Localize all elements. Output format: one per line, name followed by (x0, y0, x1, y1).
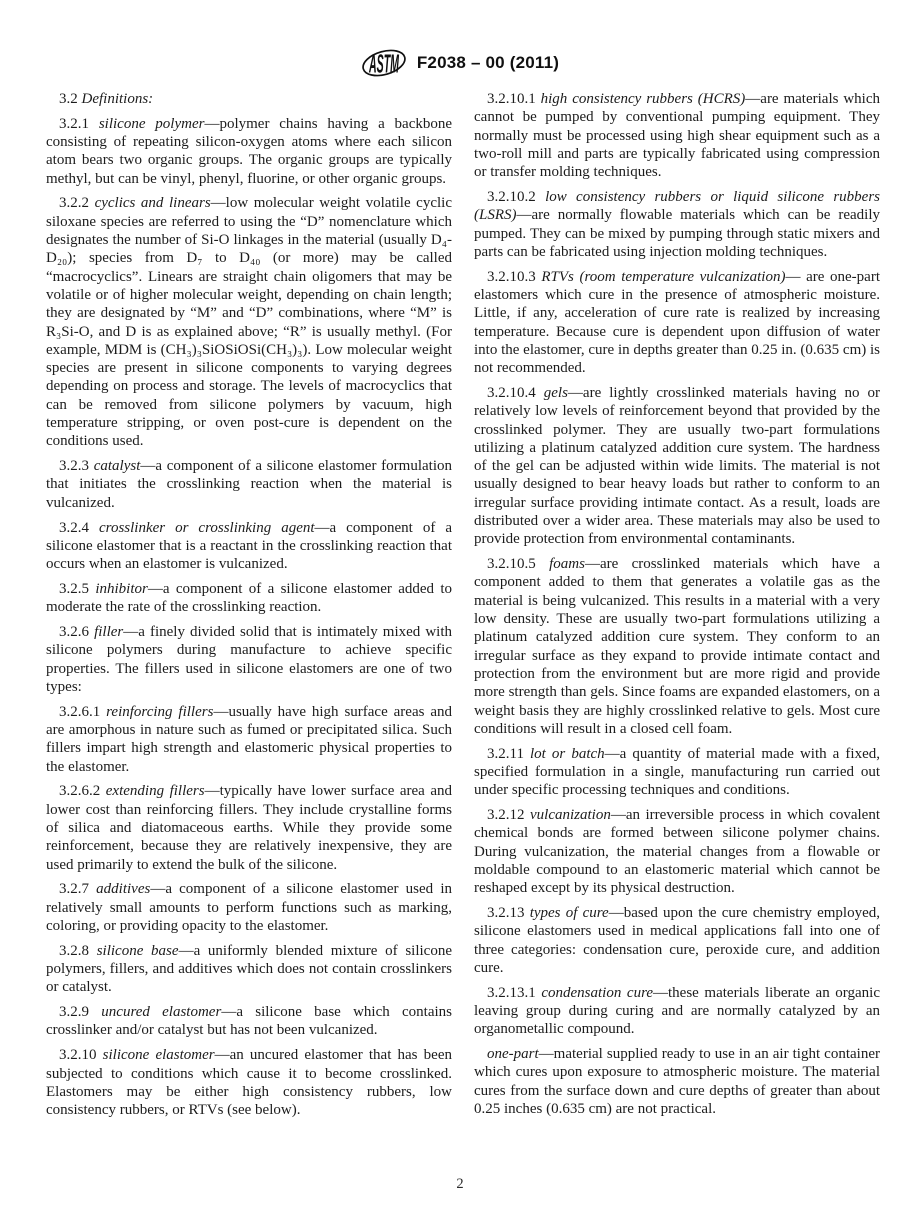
definition-text: —are crosslinked materials which have a … (474, 556, 880, 737)
defined-term: types of cure (530, 905, 609, 921)
section-number: 3.2 (59, 91, 82, 107)
definition-paragraph: 3.2.12 vulcanization—an irreversible pro… (474, 806, 880, 897)
page-footer: 2 (0, 1176, 920, 1193)
defined-term: high consistency rubbers (HCRS) (541, 91, 746, 107)
definition-paragraph: one-part—material supplied ready to use … (474, 1045, 880, 1118)
definition-paragraph: 3.2.13 types of cure—based upon the cure… (474, 904, 880, 977)
defined-term: additives (96, 881, 150, 897)
definition-paragraph: 3.2.10.3 RTVs (room temperature vulcaniz… (474, 268, 880, 378)
section-number: 3.2.3 (59, 458, 94, 474)
section-number: 3.2.4 (59, 520, 99, 536)
section-number: 3.2.10.5 (487, 556, 549, 572)
definition-paragraph: 3.2.8 silicone base—a uniformly blended … (46, 942, 452, 997)
definition-paragraph: 3.2.5 inhibitor—a component of a silicon… (46, 580, 452, 617)
astm-logo-icon: ASTM (361, 42, 407, 84)
definition-paragraph: 3.2.10.2 low consistency rubbers or liqu… (474, 188, 880, 261)
section-number: 3.2.6 (59, 624, 94, 640)
defined-term: inhibitor (95, 581, 148, 597)
section-number: 3.2.10.2 (487, 189, 545, 205)
defined-term: foams (549, 556, 585, 572)
page-header: ASTM F2038 – 00 (2011) (0, 42, 920, 84)
section-number: 3.2.5 (59, 581, 95, 597)
page-number: 2 (456, 1176, 463, 1192)
definition-paragraph: 3.2.6.1 reinforcing fillers—usually have… (46, 703, 452, 776)
section-number: 3.2.10.3 (487, 269, 541, 285)
section-number: 3.2.11 (487, 746, 530, 762)
defined-term: silicone base (97, 943, 179, 959)
definition-paragraph: 3.2.2 cyclics and linears—low molecular … (46, 194, 452, 450)
section-number: 3.2.6.1 (59, 704, 106, 720)
section-number: 3.2.13 (487, 905, 530, 921)
definition-text: —are normally flowable materials which c… (474, 207, 880, 260)
definition-text: —low molecular weight volatile cyclic si… (46, 195, 452, 449)
definition-paragraph: 3.2.10.1 high consistency rubbers (HCRS)… (474, 90, 880, 181)
column-left: 3.2 Definitions:3.2.1 silicone polymer—p… (46, 90, 452, 1126)
defined-term: lot or batch (530, 746, 605, 762)
section-number: 3.2.1 (59, 116, 99, 132)
defined-term: filler (94, 624, 123, 640)
defined-term: cyclics and linears (95, 195, 211, 211)
section-number: 3.2.10 (59, 1047, 103, 1063)
definition-paragraph: 3.2.6 filler—a finely divided solid that… (46, 623, 452, 696)
definition-paragraph: 3.2.9 uncured elastomer—a silicone base … (46, 1003, 452, 1040)
document-page: ASTM F2038 – 00 (2011) 3.2 Definitions:3… (0, 0, 920, 1232)
definition-paragraph: 3.2.13.1 condensation cure—these materia… (474, 984, 880, 1039)
section-number: 3.2.12 (487, 807, 530, 823)
two-column-layout: 3.2 Definitions:3.2.1 silicone polymer—p… (46, 90, 880, 1126)
section-heading: 3.2 Definitions: (46, 90, 452, 108)
defined-term: gels (544, 385, 568, 401)
column-right: 3.2.10.1 high consistency rubbers (HCRS)… (474, 90, 880, 1126)
definition-paragraph: 3.2.1 silicone polymer—polymer chains ha… (46, 115, 452, 188)
section-number: 3.2.9 (59, 1004, 101, 1020)
definition-paragraph: 3.2.7 additives—a component of a silicon… (46, 880, 452, 935)
defined-term: reinforcing fillers (106, 704, 213, 720)
definition-paragraph: 3.2.10.5 foams—are crosslinked materials… (474, 555, 880, 738)
defined-term: silicone elastomer (103, 1047, 215, 1063)
section-number: 3.2.10.1 (487, 91, 541, 107)
defined-term: crosslinker or crosslinking agent (99, 520, 315, 536)
defined-term: RTVs (room temperature vulcanization) (541, 269, 785, 285)
definition-paragraph: 3.2.10 silicone elastomer—an uncured ela… (46, 1046, 452, 1119)
definition-paragraph: 3.2.3 catalyst—a component of a silicone… (46, 457, 452, 512)
definition-paragraph: 3.2.10.4 gels—are lightly crosslinked ma… (474, 384, 880, 549)
defined-term: condensation cure (541, 985, 653, 1001)
definition-paragraph: 3.2.4 crosslinker or crosslinking agent—… (46, 519, 452, 574)
defined-term: silicone polymer (99, 116, 205, 132)
section-number: 3.2.6.2 (59, 783, 106, 799)
defined-term: extending fillers (106, 783, 205, 799)
defined-term: catalyst (94, 458, 141, 474)
section-number: 3.2.7 (59, 881, 96, 897)
definition-paragraph: 3.2.6.2 extending fillers—typically have… (46, 782, 452, 873)
definition-paragraph: 3.2.11 lot or batch—a quantity of materi… (474, 745, 880, 800)
section-number: 3.2.10.4 (487, 385, 544, 401)
defined-term: Definitions: (82, 91, 154, 107)
defined-term: one-part (487, 1046, 539, 1062)
defined-term: vulcanization (530, 807, 611, 823)
section-number: 3.2.8 (59, 943, 97, 959)
defined-term: uncured elastomer (101, 1004, 221, 1020)
standard-designation: F2038 – 00 (2011) (417, 53, 559, 73)
section-number: 3.2.13.1 (487, 985, 541, 1001)
section-number: 3.2.2 (59, 195, 95, 211)
definition-text: —are lightly crosslinked materials havin… (474, 385, 880, 547)
